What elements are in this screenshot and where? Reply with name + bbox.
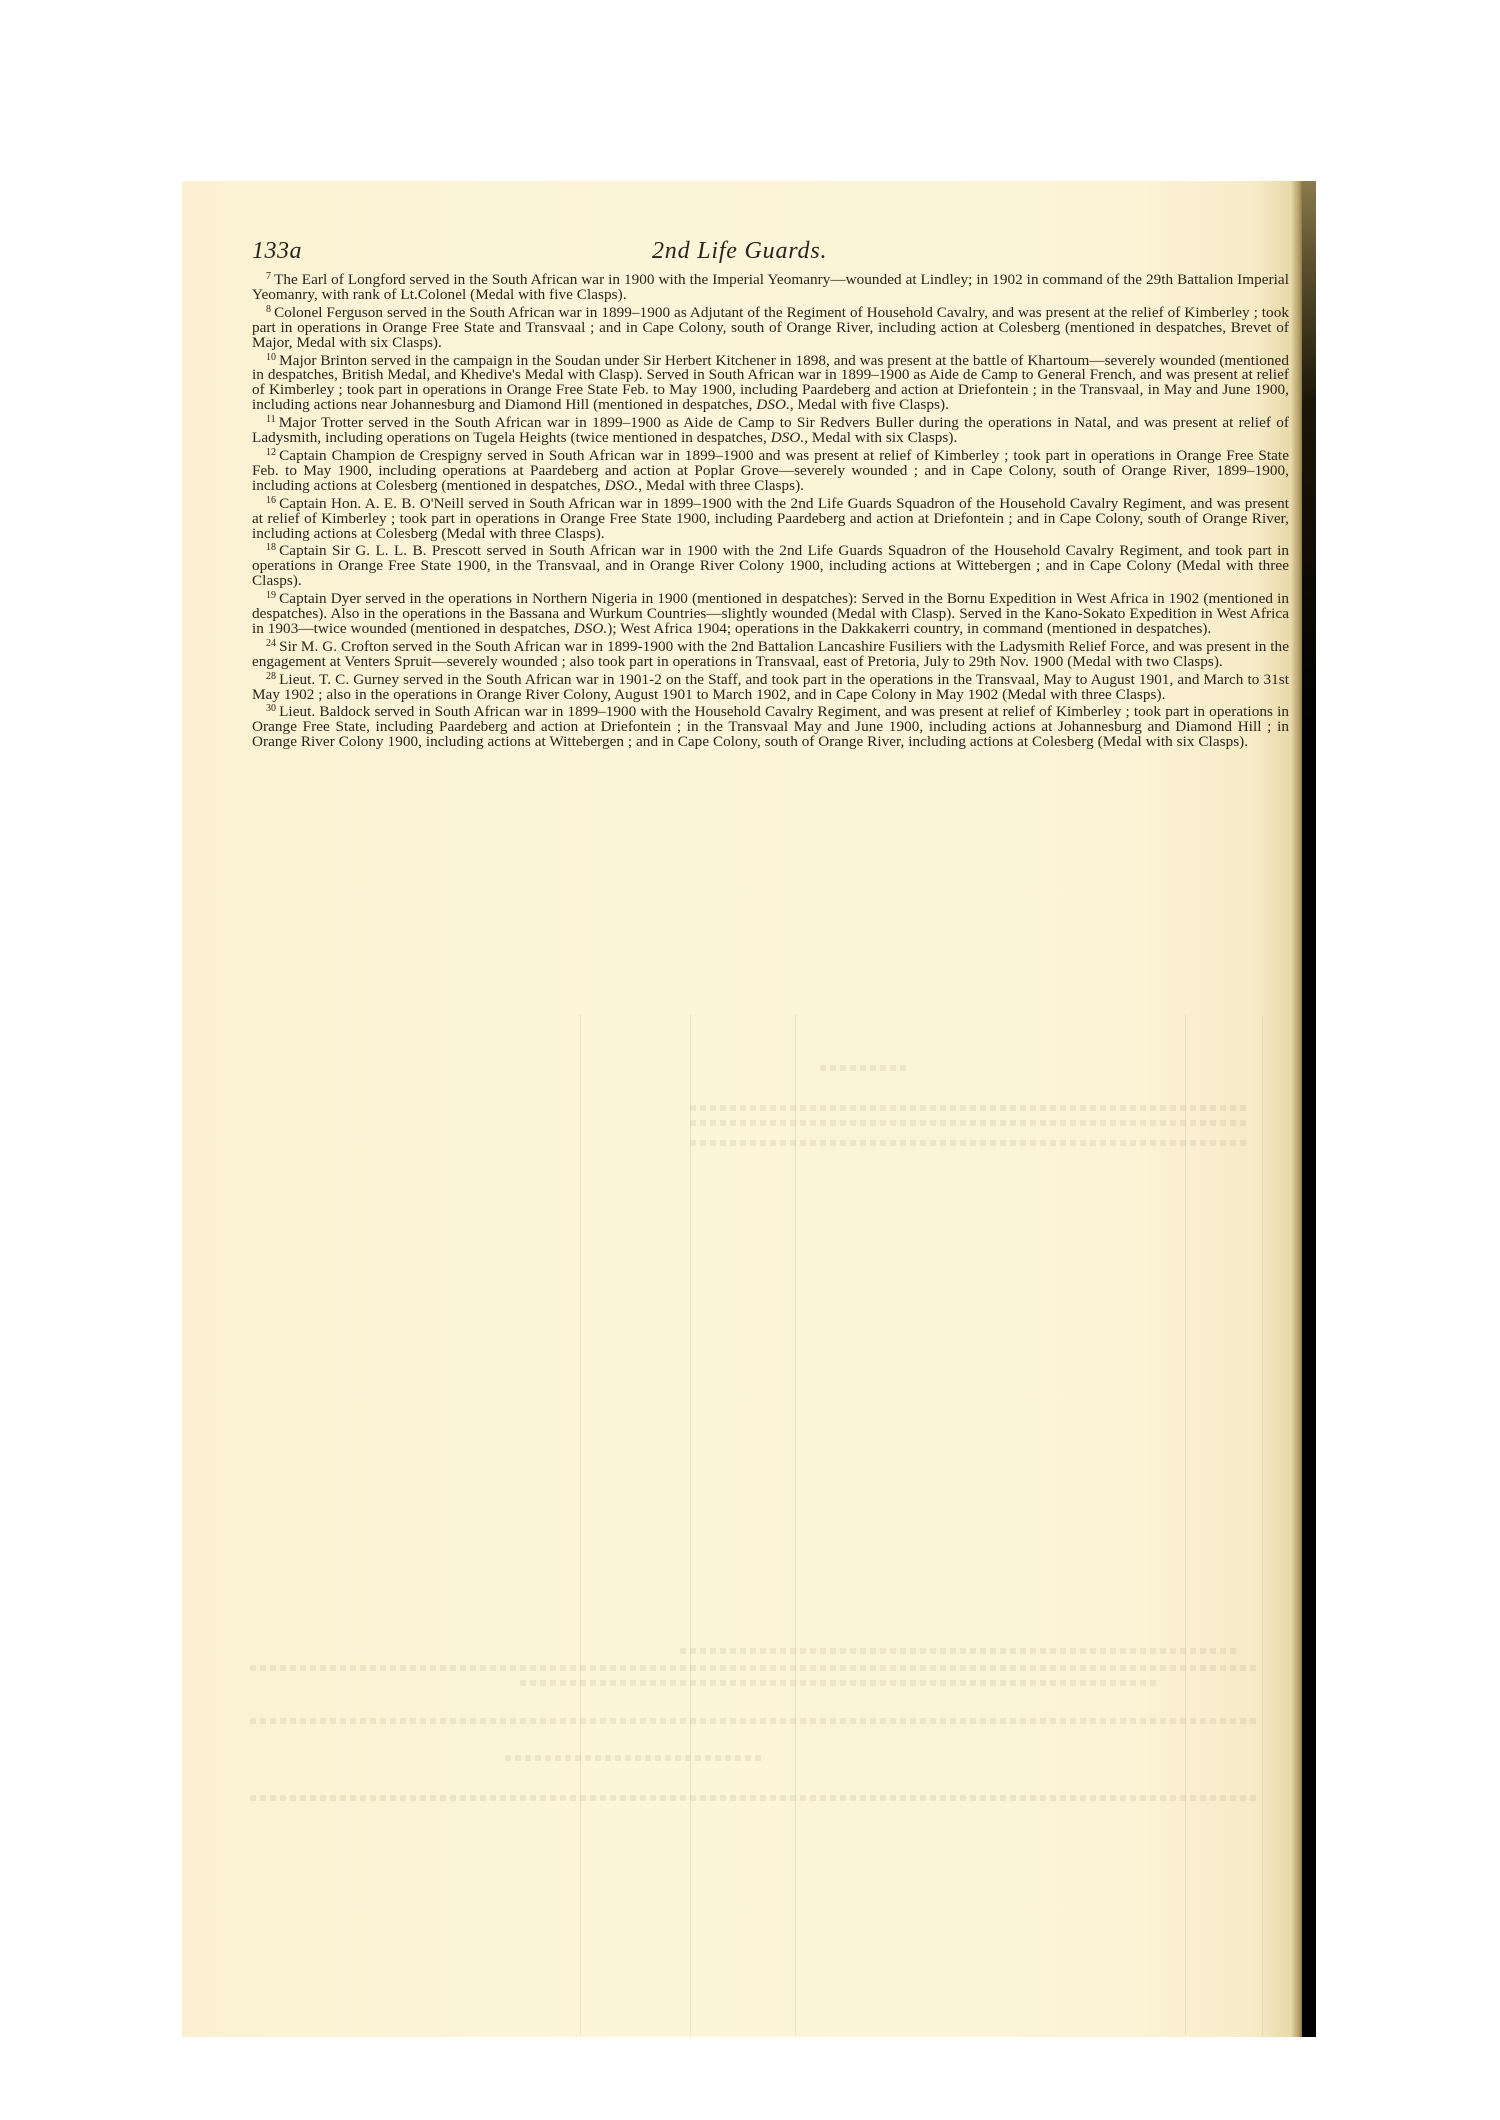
bleed-through-text [250,1665,1260,1671]
footnote-24: 24Sir M. G. Crofton served in the South … [252,637,1289,670]
footnote-text-end: ); West Africa 1904; operations in the D… [607,620,1211,637]
footnote-text: Captain Sir G. L. L. B. Prescott served … [252,542,1289,589]
bleed-through-text [680,1648,1240,1654]
footnote-text-end: , Medal with five Clasps). [790,396,949,413]
page-number: 133a [252,238,302,265]
footnote-text: Lieut. Baldock served in South African w… [252,703,1289,750]
footnote-30: 30Lieut. Baldock served in South African… [252,702,1289,750]
bleed-through-text [690,1140,1250,1146]
footnote-number: 10 [252,352,279,363]
footnote-text: Captain Hon. A. E. B. O'Neill served in … [252,495,1289,542]
footnote-number: 19 [252,590,279,601]
footnote-italic: DSO. [574,620,608,637]
footnote-19: 19Captain Dyer served in the operations … [252,589,1289,637]
footnote-number: 30 [252,703,279,714]
footnote-28: 28Lieut. T. C. Gurney served in the Sout… [252,670,1289,703]
bleed-through-text [250,1795,1260,1801]
bleed-through-rule [690,1015,691,2035]
footnote-text: Lieut. T. C. Gurney served in the South … [252,671,1289,703]
footnote-text: The Earl of Longford served in the South… [252,271,1289,303]
footnote-number: 24 [252,638,279,649]
footnote-16: 16Captain Hon. A. E. B. O'Neill served i… [252,494,1289,542]
footnote-italic: DSO. [756,396,790,413]
page-header: 133a 2nd Life Guards. [252,238,1289,268]
bleed-through-rule [1185,1015,1186,2035]
page-edge-dark-strip [1302,181,1316,2037]
footnote-number: 16 [252,495,279,506]
footnote-number: 7 [252,271,274,282]
bleed-through-text [505,1755,765,1761]
bleed-through-text [690,1120,1250,1126]
bleed-through-text [690,1105,1250,1111]
bleed-through-rule [795,1015,796,2035]
footnote-7: 7The Earl of Longford served in the Sout… [252,270,1289,303]
bleed-through-text [820,1065,910,1071]
footnote-12: 12Captain Champion de Crespigny served i… [252,446,1289,494]
footnote-text: Colonel Ferguson served in the South Afr… [252,304,1289,351]
footnote-18: 18Captain Sir G. L. L. B. Prescott serve… [252,541,1289,589]
footnote-number: 18 [252,542,279,553]
bleed-through-rule [580,1015,581,2035]
footnote-8: 8Colonel Ferguson served in the South Af… [252,303,1289,351]
footnote-text-end: , Medal with three Clasps). [638,477,804,494]
page-gutter-shadow [1290,181,1302,2037]
footnote-number: 28 [252,671,279,682]
bleed-through-rule [1262,1015,1263,2035]
footnote-10: 10Major Brinton served in the campaign i… [252,351,1289,414]
running-title: 2nd Life Guards. [652,238,827,265]
footnote-italic: DSO. [771,429,805,446]
footnote-italic: DSO. [605,477,639,494]
page-content: 133a 2nd Life Guards. 7The Earl of Longf… [252,238,1289,750]
footnote-text-end: , Medal with six Clasps). [804,429,957,446]
bleed-through-text [520,1680,1160,1686]
footnote-number: 12 [252,447,279,458]
footnote-number: 11 [252,414,279,425]
footnote-number: 8 [252,304,274,315]
footnote-text: Sir M. G. Crofton served in the South Af… [252,638,1289,670]
bleed-through-text [250,1718,1260,1724]
footnote-11: 11Major Trotter served in the South Afri… [252,413,1289,446]
